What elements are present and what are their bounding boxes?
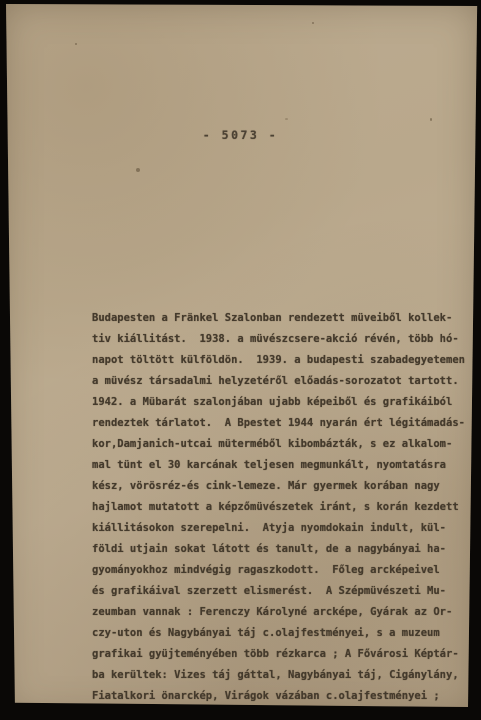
text-line: földi utjain sokat látott és tanult, de … <box>92 539 472 560</box>
text-line: mal tünt el 30 karcának teljesen megmunk… <box>92 455 472 476</box>
page-number: - 5073 - <box>0 128 481 142</box>
text-line: kor,Damjanich-utcai müterméből kibombázt… <box>92 434 472 455</box>
paper-speck <box>75 43 77 45</box>
typewritten-text-block: Budapesten a Fränkel Szalonban rendezett… <box>92 308 472 707</box>
text-line: és grafikáival szerzett elismerést. A Sz… <box>92 581 472 602</box>
text-line: Budapesten a Fränkel Szalonban rendezett… <box>92 308 472 329</box>
text-line: hajlamot mutatott a képzőmüvészetek irán… <box>92 497 472 518</box>
text-line: kész, vörösréz-és cink-lemeze. Már gyerm… <box>92 476 472 497</box>
text-line: tiv kiállitást. 1938. a müvészcsere-akci… <box>92 329 472 350</box>
text-line: zeumban vannak : Ferenczy Károlyné arcké… <box>92 602 472 623</box>
text-line: ba kerültek: Vizes táj gáttal, Nagybánya… <box>92 665 472 686</box>
text-line: a müvész társadalmi helyzetéről előadás-… <box>92 371 472 392</box>
paper-speck <box>312 22 314 24</box>
text-line: Fiatalkori önarckép, Virágok vázában c.o… <box>92 686 472 707</box>
paper-sheet: - 5073 - Budapesten a Fränkel Szalonban … <box>0 0 481 720</box>
text-line: napot töltött külföldön. 1939. a budapes… <box>92 350 472 371</box>
paper-speck <box>210 705 213 708</box>
paper-speck <box>285 118 288 120</box>
text-line: grafikai gyüjteményében több rézkarca ; … <box>92 644 472 665</box>
text-line: gyományokhoz mindvégig ragaszkodott. Fől… <box>92 560 472 581</box>
text-line: rendeztek tárlatot. A Bpestet 1944 nyará… <box>92 413 472 434</box>
paper-speck <box>136 168 140 172</box>
text-line: czy-uton és Nagybányai táj c.olajfestmén… <box>92 623 472 644</box>
text-line: 1942. a Mübarát szalonjában ujabb képeib… <box>92 392 472 413</box>
text-line: kiállitásokon szerepelni. Atyja nyomdoka… <box>92 518 472 539</box>
scanned-document-page: - 5073 - Budapesten a Fränkel Szalonban … <box>0 0 481 720</box>
paper-speck <box>430 118 432 121</box>
